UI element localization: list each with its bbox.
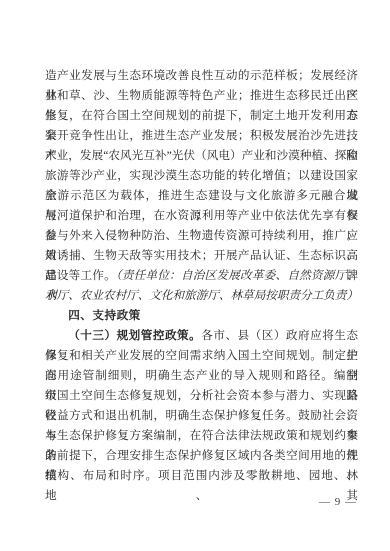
doc-line: 业和草、沙、生物质能源等特色产业；推进生态移民迁出区生态 xyxy=(45,86,358,106)
doc-line: 级国土空间生态修复规划，分析社会资本参与潜力、实现路径、 xyxy=(45,386,358,406)
doc-line: 修复和相关产业发展的空间需求纳入国土空间规划。制定生态空 xyxy=(45,346,358,366)
doc-line: 的前提下，合理安排生态保护修复区域内各类空间用地的规模、 xyxy=(45,446,358,466)
clause-title: （十三）规划管控政策。 xyxy=(68,329,201,342)
doc-line: 参与外来入侵物种防治、生物遗传资源可持续利用，推广应用高 xyxy=(45,226,358,246)
doc-line: （十三）规划管控政策。各市、县（区）政府应将生态保护 xyxy=(45,326,358,346)
doc-text: 建设等工作。 xyxy=(45,269,116,282)
doc-line: 造产业发展与生态环境改善良性互动的示范样板；发展经济林产 xyxy=(45,66,358,86)
doc-line: 旅游等沙产业，实现沙漠生态功能的转化增值；以建设国家全域 xyxy=(45,166,358,186)
doc-line: 修复，在符合国土空间规划的前提下，制定土地开发利用方案， xyxy=(45,106,358,126)
doc-line: 建设等工作。（责任单位：自治区发展改革委、自然资源厅、水 xyxy=(45,266,358,286)
doc-line: 收益方式和退出机制，明确生态保护修复任务。鼓励社会资本参 xyxy=(45,406,358,426)
page-number: — 9 — xyxy=(319,494,357,510)
doc-line: 与河道保护和治理，在水资源利用等产业中依法优先享有权益； xyxy=(45,206,358,226)
document-body: 造产业发展与生态环境改善良性互动的示范样板；发展经济林产 业和草、沙、生物质能源… xyxy=(45,66,358,486)
document-page: 造产业发展与生态环境改善良性互动的示范样板；发展经济林产 业和草、沙、生物质能源… xyxy=(0,0,390,551)
doc-line: 产业，发展“农风光互补”光伏（风电）产业和沙漠种植、探险 xyxy=(45,146,358,166)
doc-line: 旅游示范区为载体，推进生态建设与文化旅游多元融合发展；参 xyxy=(45,186,358,206)
section-heading: 四、支持政策 xyxy=(45,306,358,326)
responsibility-text: 利厅、农业农村厅、文化和旅游厅、林草局按职责分工负责） xyxy=(45,286,358,306)
doc-line: 与生态保护修复方案编制，在符合法律法规政策和规划约束条件 xyxy=(45,426,358,446)
doc-line: 结构、布局和时序。项目范围内涉及零散耕地、园地、林地、其 xyxy=(45,466,358,486)
doc-line: 公开竞争性出让，推进生态产业发展；积极发展治沙先进技术和 xyxy=(45,126,358,146)
doc-line: 效诱捕、生物天敌等实用技术；开展产品认证、生态标识、品牌 xyxy=(45,246,358,266)
doc-line: 间用途管制细则，明确生态产业的导入规则和路径。编制市、县 xyxy=(45,366,358,386)
